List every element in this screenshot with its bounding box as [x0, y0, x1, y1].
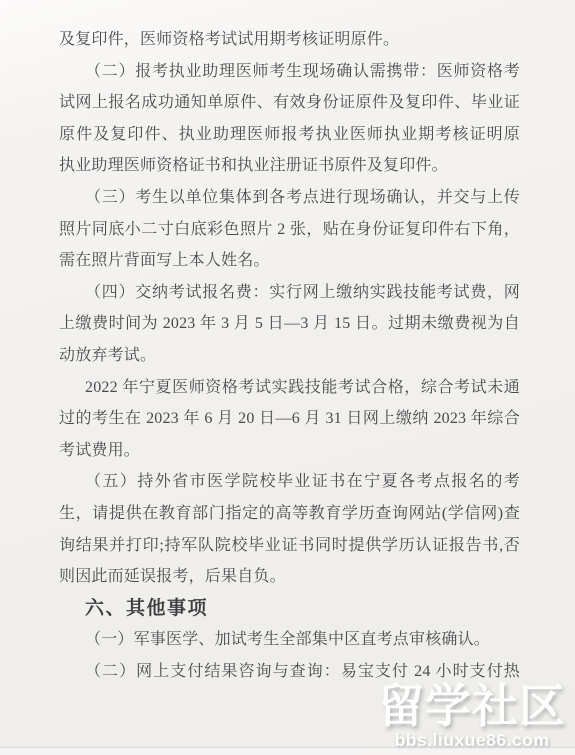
section-heading: 六、其他事项 [59, 593, 520, 625]
doc-line: 原件及复印件、执业助理医师报考执业医师执业期考核证明原件、 [59, 119, 520, 151]
doc-line: 询结果并打印;持军队院校毕业证书同时提供学历认证报告书,否 [59, 530, 520, 562]
doc-line: （二）报考执业助理医师考生现场确认需携带：医师资格考 [59, 56, 520, 88]
doc-line: 2022 年宁夏医师资格考试实践技能考试合格，综合考试未通 [59, 372, 520, 404]
doc-line: 生，请提供在教育部门指定的高等教育学历查询网站(学信网)查 [59, 498, 520, 530]
doc-line: 需在照片背面写上本人姓名。 [59, 245, 520, 277]
page-bottom-edge [0, 747, 575, 755]
doc-line: 试网上报名成功通知单原件、有效身份证原件及复印件、毕业证 [59, 87, 520, 119]
scanned-document-page: 及复印件，医师资格考试试用期考核证明原件。 （二）报考执业助理医师考生现场确认需… [0, 0, 575, 755]
doc-line: 过的考生在 2023 年 6 月 20 日—6 月 31 日网上缴纳 2023 … [59, 403, 520, 435]
doc-line: （四）交纳考试报名费：实行网上缴纳实践技能考试费，网 [59, 277, 520, 309]
watermark-site-name: 留学社区 [378, 683, 566, 729]
document-text-block: 及复印件，医师资格考试试用期考核证明原件。 （二）报考执业助理医师考生现场确认需… [59, 24, 520, 687]
doc-line: （五）持外省市医学院校毕业证书在宁夏各考点报名的考 [59, 466, 520, 498]
doc-line: 则因此而延误报考，后果自负。 [59, 561, 520, 593]
site-watermark: 留学社区 bbs.liuxue86.com [378, 683, 566, 751]
doc-line: 照片同底小二寸白底彩色照片 2 张，贴在身份证复印件右下角， [59, 214, 520, 246]
doc-line: （三）考生以单位集体到各考点进行现场确认，并交与上传 [59, 182, 520, 214]
doc-line: （二）网上支付结果咨询与查询：易宝支付 24 小时支付热 [59, 656, 520, 688]
doc-line: 上缴费时间为 2023 年 3 月 5 日—3 月 15 日。过期未缴费视为自 [59, 308, 520, 340]
doc-line: 及复印件，医师资格考试试用期考核证明原件。 [59, 24, 520, 56]
doc-line: 动放弃考试。 [59, 340, 520, 372]
doc-line: 执业助理医师资格证书和执业注册证书原件及复印件。 [59, 150, 520, 182]
doc-line: 考试费用。 [59, 435, 520, 467]
doc-line: （一）军事医学、加试考生全部集中区直考点审核确认。 [59, 624, 520, 656]
